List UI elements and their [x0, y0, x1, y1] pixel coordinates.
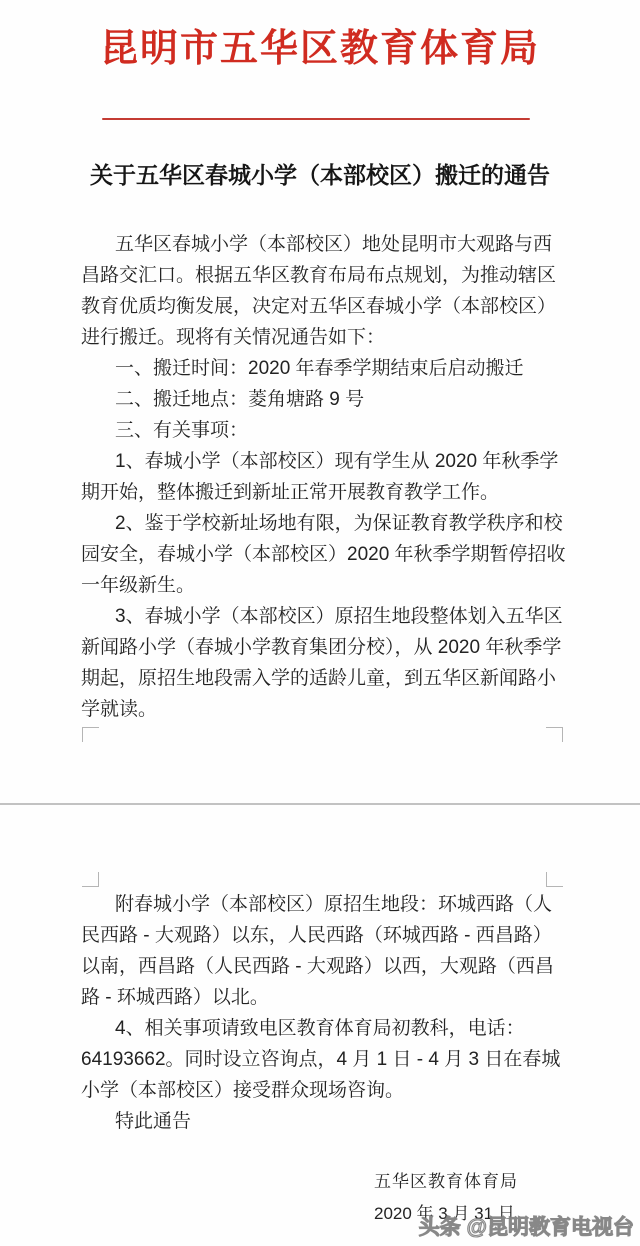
page-corner-mark	[546, 727, 563, 742]
body-line: 一年级新生。	[81, 570, 565, 601]
body-line: 64193662。同时设立咨询点，4 月 1 日 - 4 月 3 日在春城	[81, 1044, 565, 1075]
body-line: 以南，西昌路（人民西路 - 大观路）以西，大观路（西昌	[81, 951, 565, 982]
red-divider-line	[102, 118, 530, 120]
body-line: 路 - 环城西路）以北。	[81, 982, 565, 1013]
body-line: 学就读。	[81, 694, 565, 725]
page-corner-mark	[82, 727, 99, 742]
body-line: 园安全，春城小学（本部校区）2020 年秋季学期暂停招收	[81, 539, 565, 570]
body-line: 3、春城小学（本部校区）原招生地段整体划入五华区	[81, 601, 565, 632]
body-line: 一、搬迁时间：2020 年春季学期结束后启动搬迁	[81, 353, 565, 384]
org-name-header: 昆明市五华区教育体育局	[0, 24, 640, 74]
body-line: 2、鉴于学校新址场地有限，为保证教育教学秩序和校	[81, 508, 565, 539]
body-line: 期开始，整体搬迁到新址正常开展教育教学工作。	[81, 477, 565, 508]
document-title: 关于五华区春城小学（本部校区）搬迁的通告	[0, 161, 640, 191]
body-line: 二、搬迁地点：菱角塘路 9 号	[81, 384, 565, 415]
page1-body: 五华区春城小学（本部校区）地处昆明市大观路与西昌路交汇口。根据五华区教育布局布点…	[81, 229, 565, 725]
body-line: 附春城小学（本部校区）原招生地段：环城西路（人	[81, 889, 565, 920]
page-corner-mark	[82, 872, 99, 887]
body-line: 特此通告	[81, 1106, 565, 1137]
watermark-text: 头条 @昆明教育电视台	[419, 1211, 634, 1241]
body-line: 五华区春城小学（本部校区）地处昆明市大观路与西	[81, 229, 565, 260]
body-line: 期起，原招生地段需入学的适龄儿童，到五华区新闻路小	[81, 663, 565, 694]
body-line: 民西路 - 大观路）以东，人民西路（环城西路 - 西昌路）	[81, 920, 565, 951]
body-line: 小学（本部校区）接受群众现场咨询。	[81, 1075, 565, 1106]
body-line: 教育优质均衡发展，决定对五华区春城小学（本部校区）	[81, 291, 565, 322]
body-line: 昌路交汇口。根据五华区教育布局布点规划，为推动辖区	[81, 260, 565, 291]
page2-body: 附春城小学（本部校区）原招生地段：环城西路（人民西路 - 大观路）以东，人民西路…	[81, 889, 565, 1137]
body-line: 新闻路小学（春城小学教育集团分校），从 2020 年秋季学	[81, 632, 565, 663]
signature-org-name: 五华区教育体育局	[374, 1171, 518, 1193]
body-line: 1、春城小学（本部校区）现有学生从 2020 年秋季学	[81, 446, 565, 477]
page-corner-mark	[546, 872, 563, 887]
body-line: 三、有关事项：	[81, 415, 565, 446]
body-line: 进行搬迁。现将有关情况通告如下：	[81, 322, 565, 353]
body-line: 4、相关事项请致电区教育体育局初教科，电话：	[81, 1013, 565, 1044]
page-break-divider	[0, 803, 640, 805]
